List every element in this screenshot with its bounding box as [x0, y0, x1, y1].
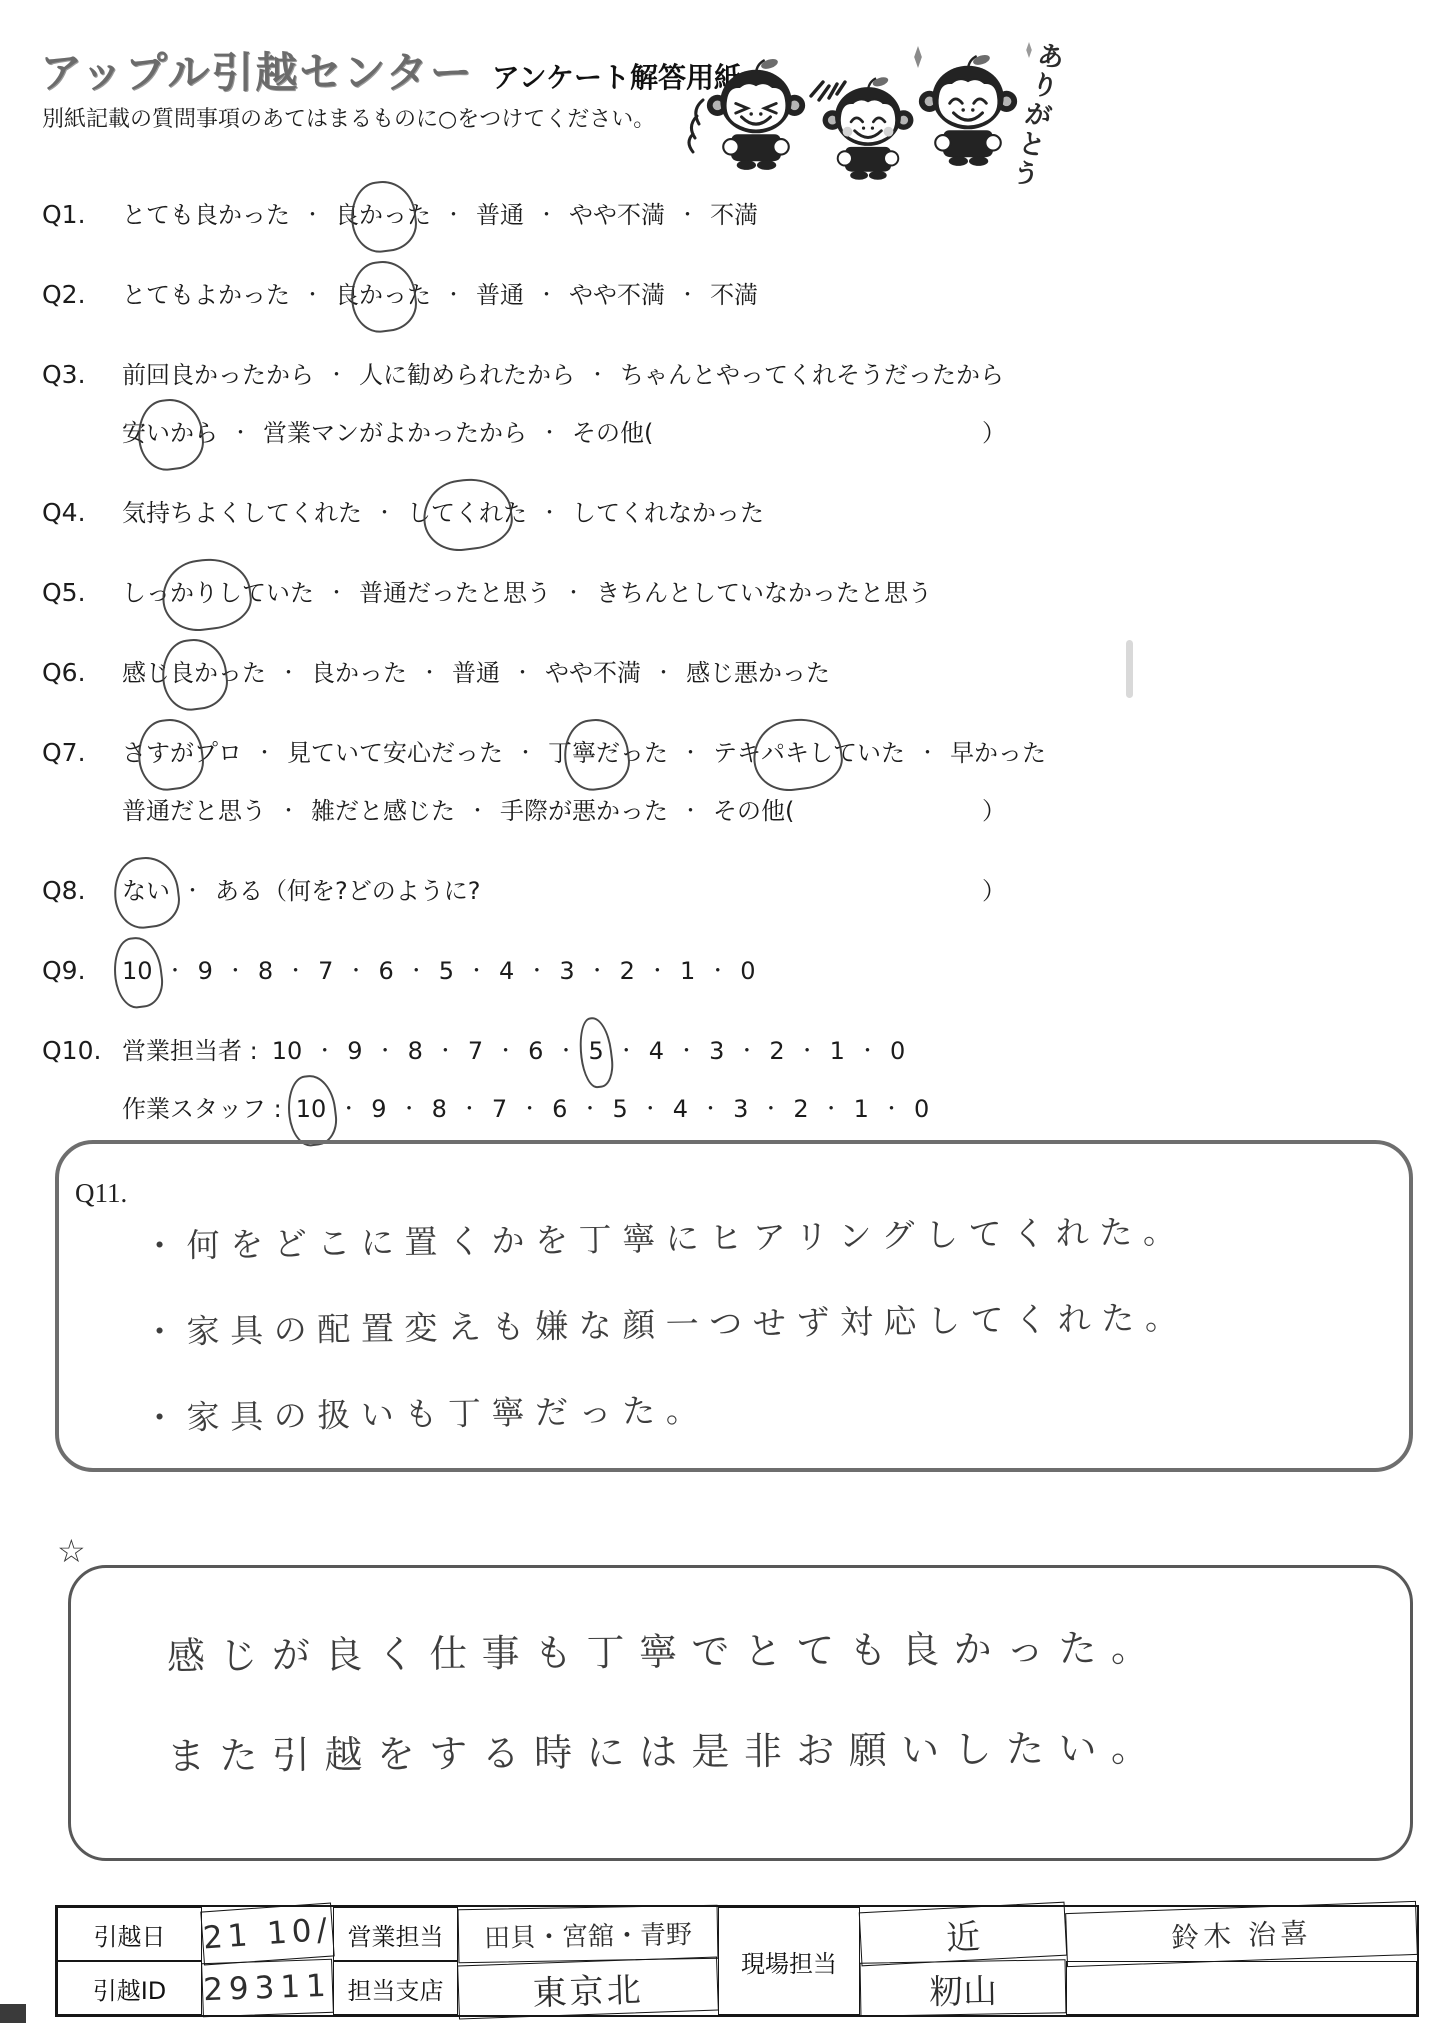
question-3-option-1: 前回良かったから — [122, 361, 314, 389]
comment-box-label: Q11. — [75, 1178, 127, 1209]
dot-separator: ・ — [588, 960, 607, 982]
question-5-line-1: Q5.しっかりしていた・普通だったと思う・きちんとしていなかったと思う — [0, 564, 1433, 622]
move-date-label: 引越日 — [57, 1907, 202, 1961]
handwritten-circle: 10 — [122, 942, 153, 1000]
question-9-option-3: 8 — [258, 957, 273, 985]
question-10-option-5: 6 — [552, 1095, 567, 1123]
option-text: テキ — [713, 739, 761, 767]
dot-separator: ・ — [761, 1098, 780, 1120]
instruction-text: 別紙記載の質問事項のあてはまるものに○をつけてください。 — [42, 102, 655, 133]
dot-separator: ・ — [588, 364, 607, 386]
monkey-mascot-icon — [703, 54, 809, 176]
dot-separator: ・ — [513, 662, 532, 684]
scan-artifact — [0, 2004, 26, 2023]
question-2-option-5: 不満 — [710, 281, 758, 309]
question-4-option-3: してくれなかった — [572, 499, 764, 527]
comment-box-star: ☆ 感じが良く仕事も丁寧でとても良かった。また引越をする時には是非お願いしたい。 — [68, 1565, 1413, 1861]
question-7-option-1: さすがプロ — [122, 739, 242, 767]
row-prefix: 営業担当者 : — [122, 1037, 258, 1065]
dot-separator: ・ — [496, 1040, 515, 1062]
dot-separator: ・ — [407, 960, 426, 982]
option-text: 感じ — [122, 659, 170, 687]
question-9-option-10: 1 — [680, 957, 695, 985]
dot-separator: ・ — [678, 284, 697, 306]
dot-separator: ・ — [286, 960, 305, 982]
question-10-option-5: 6 — [528, 1037, 543, 1065]
dot-separator: ・ — [444, 284, 463, 306]
question-10-option-11: 0 — [914, 1095, 929, 1123]
row-prefix: 作業スタッフ : — [122, 1095, 282, 1123]
question-9-option-4: 7 — [318, 957, 333, 985]
site-rep-value-extra: 鈴木 治喜 — [1065, 1901, 1418, 1967]
question-8-line-1: Q8.ない・ある（何を?どのように?） — [0, 862, 1433, 920]
question-9-option-7: 4 — [499, 957, 514, 985]
question-3-line-1: Q3.前回良かったから・人に勧められたから・ちゃんとやってくれそうだったから — [0, 346, 1433, 404]
site-rep-value-1: 近 — [859, 1902, 1068, 1967]
question-label: Q1. — [42, 186, 122, 244]
question-3-option-2: 営業マンがよかったから — [263, 419, 527, 447]
option-text: さ — [122, 739, 146, 767]
question-3-line-2: 安いから・営業マンがよかったから・その他(） — [0, 404, 1433, 462]
dot-separator: ・ — [822, 1098, 841, 1120]
question-9-option-6: 5 — [439, 957, 454, 985]
option-text: 良 — [335, 201, 359, 229]
handwritten-circle: 5 — [588, 1022, 603, 1080]
question-2-option-2: 良かった — [335, 281, 431, 309]
question-1-option-4: やや不満 — [569, 201, 665, 229]
question-label: Q4. — [42, 484, 122, 542]
handwritten-comment-line: また引越をする時には是非お願いしたい。 — [167, 1698, 1164, 1807]
dot-separator: ・ — [798, 1040, 817, 1062]
site-rep-label: 現場担当 — [718, 1907, 860, 2015]
handwritten-circle: かっ — [359, 186, 407, 244]
question-8: Q8.ない・ある（何を?どのように?） — [0, 862, 1433, 920]
question-label: Q10. — [42, 1022, 122, 1080]
option-text: 良 — [335, 281, 359, 309]
sales-rep-label: 営業担当 — [333, 1907, 458, 1961]
question-4-line-1: Q4.気持ちよくしてくれた・してくれた・してくれなかった — [0, 484, 1433, 542]
question-2-option-3: 普通 — [476, 281, 524, 309]
question-10-option-10: 1 — [854, 1095, 869, 1123]
question-7-option-5: 早かった — [950, 739, 1046, 767]
dot-separator: ・ — [226, 960, 245, 982]
dot-separator: ・ — [436, 1040, 455, 1062]
dot-separator: ・ — [580, 1098, 599, 1120]
dot-separator: ・ — [183, 880, 202, 902]
question-9-option-5: 6 — [378, 957, 393, 985]
question-6-option-1: 感じ良かった — [122, 659, 266, 687]
question-3-option-3: ちゃんとやってくれそうだったから — [620, 361, 1004, 389]
scan-artifact — [1126, 640, 1133, 698]
question-10-option-9: 2 — [793, 1095, 808, 1123]
question-7-line-1: Q7.さすがプロ・見ていて安心だった・丁寧だった・テキパキしていた・早かった — [0, 724, 1433, 782]
handwritten-circle: すが — [146, 724, 194, 782]
dot-separator: ・ — [420, 662, 439, 684]
option-text: た — [407, 201, 431, 229]
dot-separator: ・ — [564, 582, 583, 604]
question-label: Q5. — [42, 564, 122, 622]
dot-separator: ・ — [255, 742, 274, 764]
dot-separator: ・ — [708, 960, 727, 982]
question-9-option-9: 2 — [620, 957, 635, 985]
question-2-option-4: やや不満 — [569, 281, 665, 309]
dot-separator: ・ — [520, 1098, 539, 1120]
question-7-option-2: 見ていて安心だった — [287, 739, 503, 767]
dot-separator: ・ — [279, 800, 298, 822]
question-6: Q6.感じ良かった・良かった・普通・やや不満・感じ悪かった — [0, 644, 1433, 702]
survey-sheet-page: アップル引越センターアンケート解答用紙 別紙記載の質問事項のあてはまるものに○を… — [0, 0, 1433, 2023]
question-10-option-2: 9 — [371, 1095, 386, 1123]
dot-separator: ・ — [858, 1040, 877, 1062]
dot-separator: ・ — [677, 1040, 696, 1062]
question-10-option-11: 0 — [890, 1037, 905, 1065]
dot-separator: ・ — [303, 204, 322, 226]
branch-label: 担当支店 — [333, 1961, 458, 2015]
dot-separator: ・ — [303, 284, 322, 306]
question-10-option-2: 9 — [347, 1037, 362, 1065]
dot-separator: ・ — [737, 1040, 756, 1062]
option-text: ていた — [242, 579, 314, 607]
question-1-option-5: 不満 — [710, 201, 758, 229]
question-label: Q9. — [42, 942, 122, 1000]
dot-separator: ・ — [641, 1098, 660, 1120]
question-label: Q2. — [42, 266, 122, 324]
question-10: Q10.営業担当者 :10・9・8・7・6・5・4・3・2・1・0作業スタッフ … — [0, 1022, 1433, 1138]
brand-title: アップル引越センター — [40, 48, 474, 97]
header: アップル引越センターアンケート解答用紙 — [40, 40, 742, 100]
question-10-line-1: Q10.営業担当者 :10・9・8・7・6・5・4・3・2・1・0 — [0, 1022, 1433, 1080]
dot-separator: ・ — [315, 1040, 334, 1062]
question-7-option-4: その他( — [713, 797, 794, 825]
question-2-option-1: とてもよかった — [122, 281, 290, 309]
question-10-option-4: 7 — [492, 1095, 507, 1123]
question-10-option-3: 8 — [432, 1095, 447, 1123]
question-7: Q7.さすがプロ・見ていて安心だった・丁寧だった・テキパキしていた・早かった普通… — [0, 724, 1433, 840]
question-5-option-2: 普通だったと思う — [359, 579, 551, 607]
handwritten-circle: てくれ — [431, 484, 503, 542]
question-label: Q6. — [42, 644, 122, 702]
dot-separator: ・ — [540, 502, 559, 524]
question-10-option-4: 7 — [468, 1037, 483, 1065]
question-5-option-1: しっかりしていた — [122, 579, 314, 607]
handwritten-comment-line: ・家具の配置変えも嫌な顔一つせず対応してくれた。 — [142, 1275, 1189, 1376]
question-3: Q3.前回良かったから・人に勧められたから・ちゃんとやってくれそうだったから安い… — [0, 346, 1433, 462]
dot-separator: ・ — [339, 1098, 358, 1120]
question-10-option-7: 4 — [649, 1037, 664, 1065]
question-3-option-2: 人に勧められたから — [359, 361, 575, 389]
empty-cell — [1066, 1961, 1417, 2015]
handwritten-circle: 良か — [170, 644, 218, 702]
question-4: Q4.気持ちよくしてくれた・してくれた・してくれなかった — [0, 484, 1433, 542]
question-6-option-5: 感じ悪かった — [686, 659, 830, 687]
question-6-option-4: やや不満 — [545, 659, 641, 687]
dot-separator: ・ — [681, 800, 700, 822]
question-6-line-1: Q6.感じ良かった・良かった・普通・やや不満・感じ悪かった — [0, 644, 1433, 702]
option-text: った — [620, 739, 668, 767]
question-4-option-2: してくれた — [407, 499, 527, 527]
dot-separator: ・ — [701, 1098, 720, 1120]
question-9-option-2: 9 — [198, 957, 213, 985]
monkey-mascot-icon — [819, 72, 917, 186]
handwritten-comments: 感じが良く仕事も丁寧でとても良かった。また引越をする時には是非お願いしたい。 — [167, 1602, 1163, 1802]
option-text: ら — [194, 419, 218, 447]
handwritten-circle: いか — [146, 404, 194, 462]
close-paren: ） — [982, 782, 1006, 840]
dot-separator: ・ — [882, 1098, 901, 1120]
question-10-option-1: 10 — [296, 1095, 327, 1123]
question-2-line-1: Q2.とてもよかった・良かった・普通・やや不満・不満 — [0, 266, 1433, 324]
comment-box-q11: Q11. ・何をどこに置くかを丁寧にヒアリングしてくれた。・家具の配置変えも嫌な… — [55, 1140, 1413, 1472]
dot-separator: ・ — [444, 204, 463, 226]
question-5-option-3: きちんとしていなかったと思う — [596, 579, 932, 607]
question-9: Q9.10・9・8・7・6・5・4・3・2・1・0 — [0, 942, 1433, 1000]
option-text: 丁 — [548, 739, 572, 767]
question-2: Q2.とてもよかった・良かった・普通・やや不満・不満 — [0, 266, 1433, 324]
question-5: Q5.しっかりしていた・普通だったと思う・きちんとしていなかったと思う — [0, 564, 1433, 622]
question-1-line-1: Q1.とても良かった・良かった・普通・やや不満・不満 — [0, 186, 1433, 244]
question-label: Q8. — [42, 862, 122, 920]
question-7-option-4: テキパキしていた — [713, 739, 905, 767]
dot-separator: ・ — [467, 960, 486, 982]
dot-separator: ・ — [556, 1040, 575, 1062]
question-10-line-2: 作業スタッフ :10・9・8・7・6・5・4・3・2・1・0 — [0, 1080, 1433, 1138]
option-text: た — [503, 499, 527, 527]
dot-separator: ・ — [527, 960, 546, 982]
question-10-option-8: 3 — [709, 1037, 724, 1065]
question-10-option-1: 10 — [272, 1037, 303, 1065]
option-text: し — [407, 499, 431, 527]
question-10-option-6: 5 — [588, 1037, 603, 1065]
question-10-option-9: 2 — [769, 1037, 784, 1065]
question-label: Q3. — [42, 346, 122, 404]
question-9-option-8: 3 — [559, 957, 574, 985]
question-1-option-1: とても良かった — [122, 201, 290, 229]
dot-separator: ・ — [279, 662, 298, 684]
dot-separator: ・ — [166, 960, 185, 982]
dot-separator: ・ — [327, 364, 346, 386]
handwritten-circle: パキし — [761, 724, 833, 782]
question-3-option-3: その他( — [572, 419, 653, 447]
dot-separator: ・ — [376, 1040, 395, 1062]
handwritten-comment-line: ・何をどこに置くかを丁寧にヒアリングしてくれた。 — [142, 1189, 1189, 1290]
question-9-option-1: 10 — [122, 957, 153, 985]
dot-separator: ・ — [540, 422, 559, 444]
option-text: しっ — [122, 579, 170, 607]
handwritten-circle: ない — [122, 862, 170, 920]
question-6-option-3: 普通 — [452, 659, 500, 687]
move-id-label: 引越ID — [57, 1961, 202, 2015]
option-text: ていた — [833, 739, 905, 767]
dot-separator: ・ — [617, 1040, 636, 1062]
question-3-option-1: 安いから — [122, 419, 218, 447]
question-10-option-8: 3 — [733, 1095, 748, 1123]
dot-separator: ・ — [681, 742, 700, 764]
dot-separator: ・ — [327, 582, 346, 604]
dot-separator: ・ — [375, 502, 394, 524]
move-id-value: 1293116 — [201, 1959, 334, 2018]
questions: Q1.とても良かった・良かった・普通・やや不満・不満Q2.とてもよかった・良かっ… — [0, 186, 1433, 1160]
handwritten-comments: ・何をどこに置くかを丁寧にヒアリングしてくれた。・家具の配置変えも嫌な顔一つせず… — [143, 1196, 1188, 1454]
question-label: Q7. — [42, 724, 122, 782]
dot-separator: ・ — [654, 662, 673, 684]
dot-separator: ・ — [918, 742, 937, 764]
dot-separator: ・ — [231, 422, 250, 444]
question-10-option-10: 1 — [830, 1037, 845, 1065]
dot-separator: ・ — [537, 284, 556, 306]
question-8-option-2: ある（何を?どのように? — [215, 877, 480, 905]
question-7-option-3: 手際が悪かった — [500, 797, 668, 825]
question-7-option-1: 普通だと思う — [122, 797, 266, 825]
close-paren: ） — [982, 404, 1006, 462]
handwritten-comment-line: ・家具の扱いも丁寧だった。 — [142, 1361, 1189, 1462]
site-rep-value-2: 籾山 — [860, 1959, 1067, 2017]
question-10-option-6: 5 — [612, 1095, 627, 1123]
close-paren: ） — [982, 862, 1006, 920]
question-7-option-3: 丁寧だった — [548, 739, 668, 767]
star-icon: ☆ — [57, 1532, 86, 1570]
option-text: た — [407, 281, 431, 309]
question-10-option-7: 4 — [673, 1095, 688, 1123]
monkey-mascot-icon — [915, 50, 1021, 172]
handwritten-circle: かっ — [359, 266, 407, 324]
branch-value: 東京北 — [457, 1956, 719, 2019]
dot-separator: ・ — [400, 1098, 419, 1120]
question-9-option-11: 0 — [740, 957, 755, 985]
question-7-line-2: 普通だと思う・雑だと感じた・手際が悪かった・その他(） — [0, 782, 1433, 840]
sales-rep-value: 田貝・宮舘・青野 — [458, 1905, 719, 1964]
handwritten-comment-line: 感じが良く仕事も丁寧でとても良かった。 — [167, 1598, 1164, 1707]
option-text: った — [218, 659, 266, 687]
question-4-option-1: 気持ちよくしてくれた — [122, 499, 362, 527]
dot-separator: ・ — [346, 960, 365, 982]
dot-separator: ・ — [468, 800, 487, 822]
dot-separator: ・ — [648, 960, 667, 982]
question-1: Q1.とても良かった・良かった・普通・やや不満・不満 — [0, 186, 1433, 244]
question-8-option-1: ない — [122, 877, 170, 905]
question-1-option-2: 良かった — [335, 201, 431, 229]
footer-table: 引越日 2021 10/26 営業担当 田貝・宮舘・青野 現場担当 近 鈴木 治… — [55, 1905, 1419, 2017]
question-1-option-3: 普通 — [476, 201, 524, 229]
handwritten-circle: かりし — [170, 564, 242, 622]
move-date-value: 2021 10/26 — [200, 1902, 334, 1965]
dot-separator: ・ — [678, 204, 697, 226]
handwritten-circle: 10 — [296, 1080, 327, 1138]
dot-separator: ・ — [460, 1098, 479, 1120]
question-7-option-2: 雑だと感じた — [311, 797, 455, 825]
question-9-line-1: Q9.10・9・8・7・6・5・4・3・2・1・0 — [0, 942, 1433, 1000]
handwritten-circle: 寧だ — [572, 724, 620, 782]
dot-separator: ・ — [516, 742, 535, 764]
option-text: プロ — [194, 739, 242, 767]
question-6-option-2: 良かった — [311, 659, 407, 687]
dot-separator: ・ — [537, 204, 556, 226]
option-text: 安 — [122, 419, 146, 447]
question-10-option-3: 8 — [408, 1037, 423, 1065]
